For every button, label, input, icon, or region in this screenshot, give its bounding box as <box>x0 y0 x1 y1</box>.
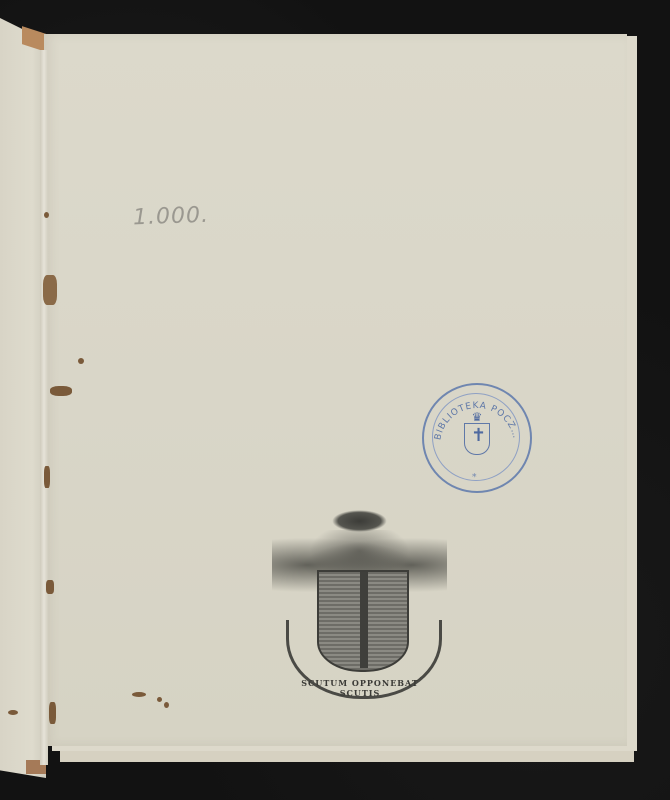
crown-icon: ♛ <box>463 411 491 423</box>
wormhole <box>78 358 84 364</box>
wormhole <box>132 692 146 697</box>
shield-pale <box>360 572 368 668</box>
shield-icon <box>317 570 409 672</box>
gutter-fold <box>40 50 48 765</box>
crest-crown-icon <box>332 510 387 532</box>
wormhole <box>50 386 72 396</box>
wormhole <box>44 466 50 488</box>
pencil-note: 1.000. <box>133 203 210 231</box>
ex-libris-motto: SCUTUM OPPONEBAT SCUTIS <box>290 678 430 698</box>
wormhole <box>44 212 49 218</box>
wormhole <box>43 275 57 305</box>
cross-icon: ✝ <box>471 427 486 445</box>
star-icon: * <box>472 473 477 483</box>
library-stamp: BIBLIOTEKA POCZ… ♛ ✝ * <box>422 383 532 493</box>
wormhole <box>164 702 169 708</box>
wormhole <box>46 580 54 594</box>
wormhole <box>49 702 56 724</box>
wormhole <box>157 697 162 702</box>
ex-libris-coat-of-arms: SCUTUM OPPONEBAT SCUTIS <box>272 510 447 700</box>
wormhole <box>8 710 18 715</box>
